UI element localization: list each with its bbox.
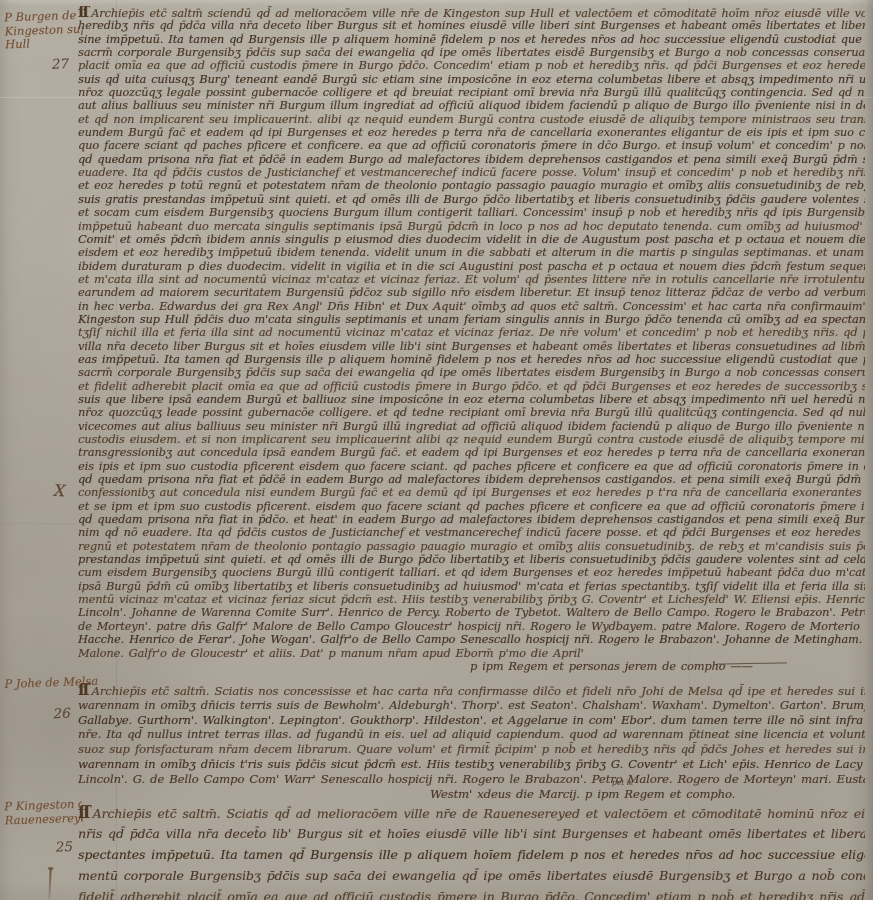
text-line: Kingeston sup Hull p̄dc̄is duo m'cata si… xyxy=(78,313,865,326)
text-line: Comit' et omēs p̄dcm̄ ibidem annis singu… xyxy=(78,233,865,246)
text-line: cum eisdem Burgensibʒ quociens Burgū ill… xyxy=(78,566,865,579)
text-line: suis qd̄ uita cuiusqʒ Burg' teneant eand… xyxy=(78,73,865,86)
text-line: Malone. Galfr'o de Gloucestr' et aliis. … xyxy=(78,647,865,660)
text-line: mentū corporale Burgensibʒ p̄dc̄is sup s… xyxy=(78,865,865,886)
text-line: et m'cata illa sint ad nocumentū vicinaz… xyxy=(78,273,865,286)
text-line: aut alius balliuus seu minister nr̄i Bur… xyxy=(78,99,865,112)
text-line: sacrm̄ corporale Burgensibʒ p̄dc̄is sup … xyxy=(78,46,865,59)
text-line: ipsā Burgū p̄dm̄ cū omībʒ libertatibʒ et… xyxy=(78,580,865,593)
text-line: et fidelit̄ adherebit placit̄ omīa ea qu… xyxy=(78,380,865,393)
text-line: custodis eiusdem. et si non implicarent … xyxy=(78,433,865,446)
text-line: eas imp̄petuū. Ita tamen qd̄ Burgensis i… xyxy=(78,353,865,366)
text-line: ibidem duraturam p dies duodecim. videli… xyxy=(78,260,865,273)
text-line: Westm' xdeus die Marcij. p ipm Regem et … xyxy=(78,787,865,802)
text-line: eis ipis et ipm suo custodia pficerent e… xyxy=(78,460,865,473)
text-line: sine imp̄petuū. Ita tamen qd̄ Burgensis … xyxy=(78,33,865,46)
text-line: et socam cum eisdem Burgensibʒ quociens … xyxy=(78,206,865,219)
charter-text-column: ſſArchiep̄is etc̄ saltm̄ sciendū qd̄ ad … xyxy=(78,0,865,900)
text-line: nr̄is qd̄ p̄dc̄a villa nr̄a decet̄o lib'… xyxy=(78,823,865,844)
text-line: vicecomes aut alius balliuus seu ministe… xyxy=(78,420,865,433)
text-line: Lincoln'. G. de Bello Campo Com' Warr' S… xyxy=(78,772,865,787)
text-line: nim qd̄ nō euadere. Ita qd̄ p̄dc̄is cust… xyxy=(78,526,865,539)
text-line: suoz sup forisfacturam nr̄am decem libra… xyxy=(78,742,865,757)
text-line: imp̄petuū habeant duo mercata singulis s… xyxy=(78,220,865,233)
text-line: et eoz heredes p totū regnū et potestate… xyxy=(78,179,865,192)
text-line: suis que libere ipsā eandem Burgū et bal… xyxy=(78,393,865,406)
text-line: sacrm̄ corporale Burgensibʒ p̄dc̄is sup … xyxy=(78,366,865,379)
interlinear-note: pet le xyxy=(612,778,633,787)
text-line: euadere. Ita qd̄ p̄dc̄is custos de Justi… xyxy=(78,166,865,179)
text-line: Hacche. Henrico de Ferar'. Johe Wogan'. … xyxy=(78,633,865,646)
text-line: confessionibʒ aut concedula nisi eundem … xyxy=(78,486,865,499)
text-line: nr̄e. Ita qd̄ nullus intret terras illas… xyxy=(78,727,865,742)
text-line: tʒſiſ nichil illa et feria illa sint ad … xyxy=(78,326,865,339)
margin-note-line: Kingeston sup xyxy=(4,22,82,38)
text-line: nr̄oz quozcūqʒ leade possint gubernacōe … xyxy=(78,406,865,419)
text-line: warennam in omībʒ dn̄icis terris suis de… xyxy=(78,698,865,713)
text-line: warennam in omībʒ dn̄icis t'ris suis p̄d… xyxy=(78,757,865,772)
text-line: et qd̄ non implicarent seu implicauerint… xyxy=(78,113,865,126)
text-line: qd̄ quedam prisona nr̄a fiat et p̄dc̄ē i… xyxy=(78,473,865,486)
text-line: mentū vicinaz m'cataz et vicinaz feriaz … xyxy=(78,593,865,606)
text-line: Lincoln'. Johanne de Warenna Comite Surr… xyxy=(78,606,865,619)
text-line: villa nr̄a decet̄o liber Burgus sit et h… xyxy=(78,340,865,353)
margin-note: P Burgen deKingeston supHull27 xyxy=(4,9,84,74)
margin-note-line: Hull xyxy=(5,36,83,52)
text-line: earundem ad maiorem securitatem Burgensi… xyxy=(78,286,865,299)
text-line: cſſArchiep̄is etc̄ saltm̄. Sciatis nos c… xyxy=(78,683,865,698)
text-line: heredibʒ nr̄is qd̄ p̄dc̄a villa nr̄a dec… xyxy=(78,19,865,32)
entry-opener-glyph: ſſ xyxy=(78,802,93,822)
text-line: placit̄ omīa ea que ad officiū custodis … xyxy=(78,59,865,72)
text-line: in hec verba. Edwardus dei gra Rex Angl'… xyxy=(78,300,865,313)
text-line: fidelit̄ adherebit placit̄ omīa ea que a… xyxy=(78,886,865,900)
text-line: suis gratis prestandas imp̄petuū sint qu… xyxy=(78,193,865,206)
charter-entry: cſſArchiep̄is etc̄ saltm̄. Sciatis nos c… xyxy=(78,683,865,801)
text-line: prestandas imp̄petuū sint quieti. et qd̄… xyxy=(78,553,865,566)
margin-note-line: Rauenesereyed xyxy=(5,811,83,827)
entry-opener-glyph: ſſ xyxy=(78,6,91,19)
text-line: et se ipm et ipm suo custodis pficerent.… xyxy=(78,500,865,513)
text-line: eundem Burgū fac̄ et eadem qd̄ ipi Burge… xyxy=(78,126,865,139)
charter-entry: ſſArchiep̄is etc̄ saltm̄ sciendū qd̄ ad … xyxy=(78,6,865,673)
charter-entry: cſſArchiep̄is etc̄ saltm̄. Sciatis qd̄ a… xyxy=(78,802,865,900)
manuscript-page: X P Burgen deKingeston supHull27P Johe d… xyxy=(0,0,873,900)
text-line: spectantes imp̄petuū. Ita tamen qd̄ Burg… xyxy=(78,844,865,865)
text-line: quo facere sciant qd̄ paches pficere et … xyxy=(78,139,865,152)
x-annotation: X xyxy=(53,481,66,501)
text-line: qd̄ quedam prisona nr̄a fiat et p̄dc̄ē i… xyxy=(78,153,865,166)
entry-opener-glyph: ſſ xyxy=(78,683,91,698)
descender-flourish-icon xyxy=(48,869,51,899)
text-line: p ipm Regem et personas jerem de compho … xyxy=(78,660,865,673)
text-line: cſſArchiep̄is etc̄ saltm̄. Sciatis qd̄ a… xyxy=(78,802,865,823)
text-line: nr̄oz quozcūqʒ legale possint gubernacōe… xyxy=(78,86,865,99)
text-line: transgressionibʒ aut concedula ipsā eand… xyxy=(78,446,865,459)
text-line: Gallabye. Gurthorn'. Walkington'. Leping… xyxy=(78,713,865,728)
text-line: regnū et potestatem nr̄am de theolonio p… xyxy=(78,540,865,553)
text-line: qd̄ quedam prisona nr̄a fiat in p̄dc̄o. … xyxy=(78,513,865,526)
text-line: ſſArchiep̄is etc̄ saltm̄ sciendū qd̄ ad … xyxy=(78,6,865,19)
text-line: eisdem et eoz heredibʒ imp̄petuū ibidem … xyxy=(78,246,865,259)
text-line: de Morteyn'. patre dn̄s Galfr' Malore de… xyxy=(78,620,865,633)
margin-note: P Kingeston deRauenesereyed25 xyxy=(4,798,84,857)
